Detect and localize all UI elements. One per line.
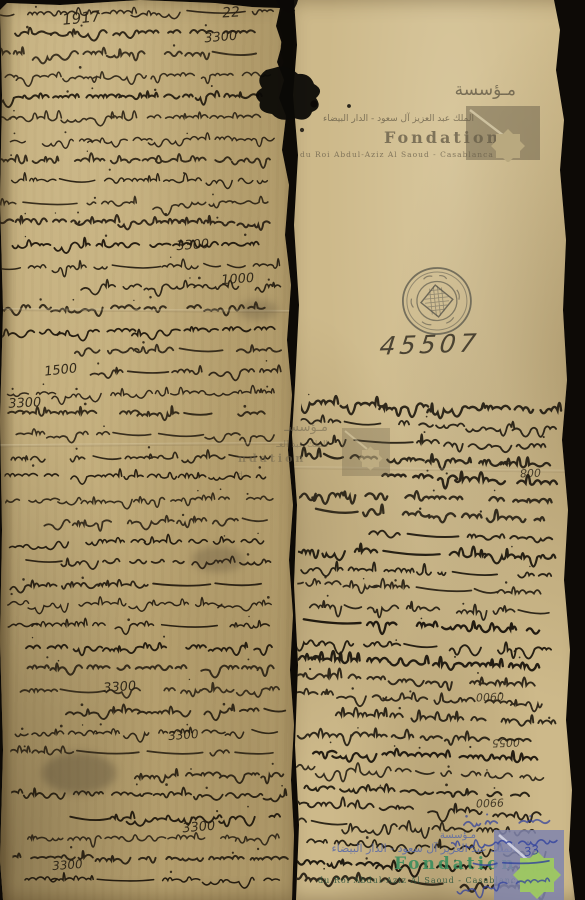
numeral-annotations: 2219173300330010001500330033003300330033… (0, 0, 585, 900)
handwritten-number: 3300 (203, 28, 237, 46)
handwritten-number: 3300 (175, 237, 210, 254)
handwriting-line (457, 878, 550, 899)
handwriting-line (464, 816, 550, 829)
handwritten-number: 3300 (181, 818, 215, 836)
handwritten-number: 1917 (61, 7, 100, 29)
blue-ink-scribbles (449, 808, 573, 900)
flipped-handwritten-number: 008 (519, 466, 542, 480)
handwritten-number: 3300 (167, 727, 199, 743)
handwritten-number: 3300 (51, 857, 83, 873)
blue-ink-scribbles (449, 808, 573, 900)
flipped-handwritten-number: 9900 (475, 795, 505, 809)
handwritten-number: 1500 (44, 361, 78, 380)
handwritten-number: 3300 (102, 679, 137, 696)
flipped-handwritten-number: 0900 (475, 689, 505, 703)
handwritten-number: 3300 (7, 395, 42, 412)
flipped-handwritten-number: 0055 (491, 735, 521, 749)
handwriting-line (473, 858, 548, 867)
handwritten-number: 1000 (220, 271, 255, 288)
scanned-document: مـؤسسة الملك عبد العزيز آل سعود - الدار … (0, 0, 585, 900)
handwritten-number: 22 (221, 4, 240, 21)
handwriting-line (449, 833, 557, 853)
